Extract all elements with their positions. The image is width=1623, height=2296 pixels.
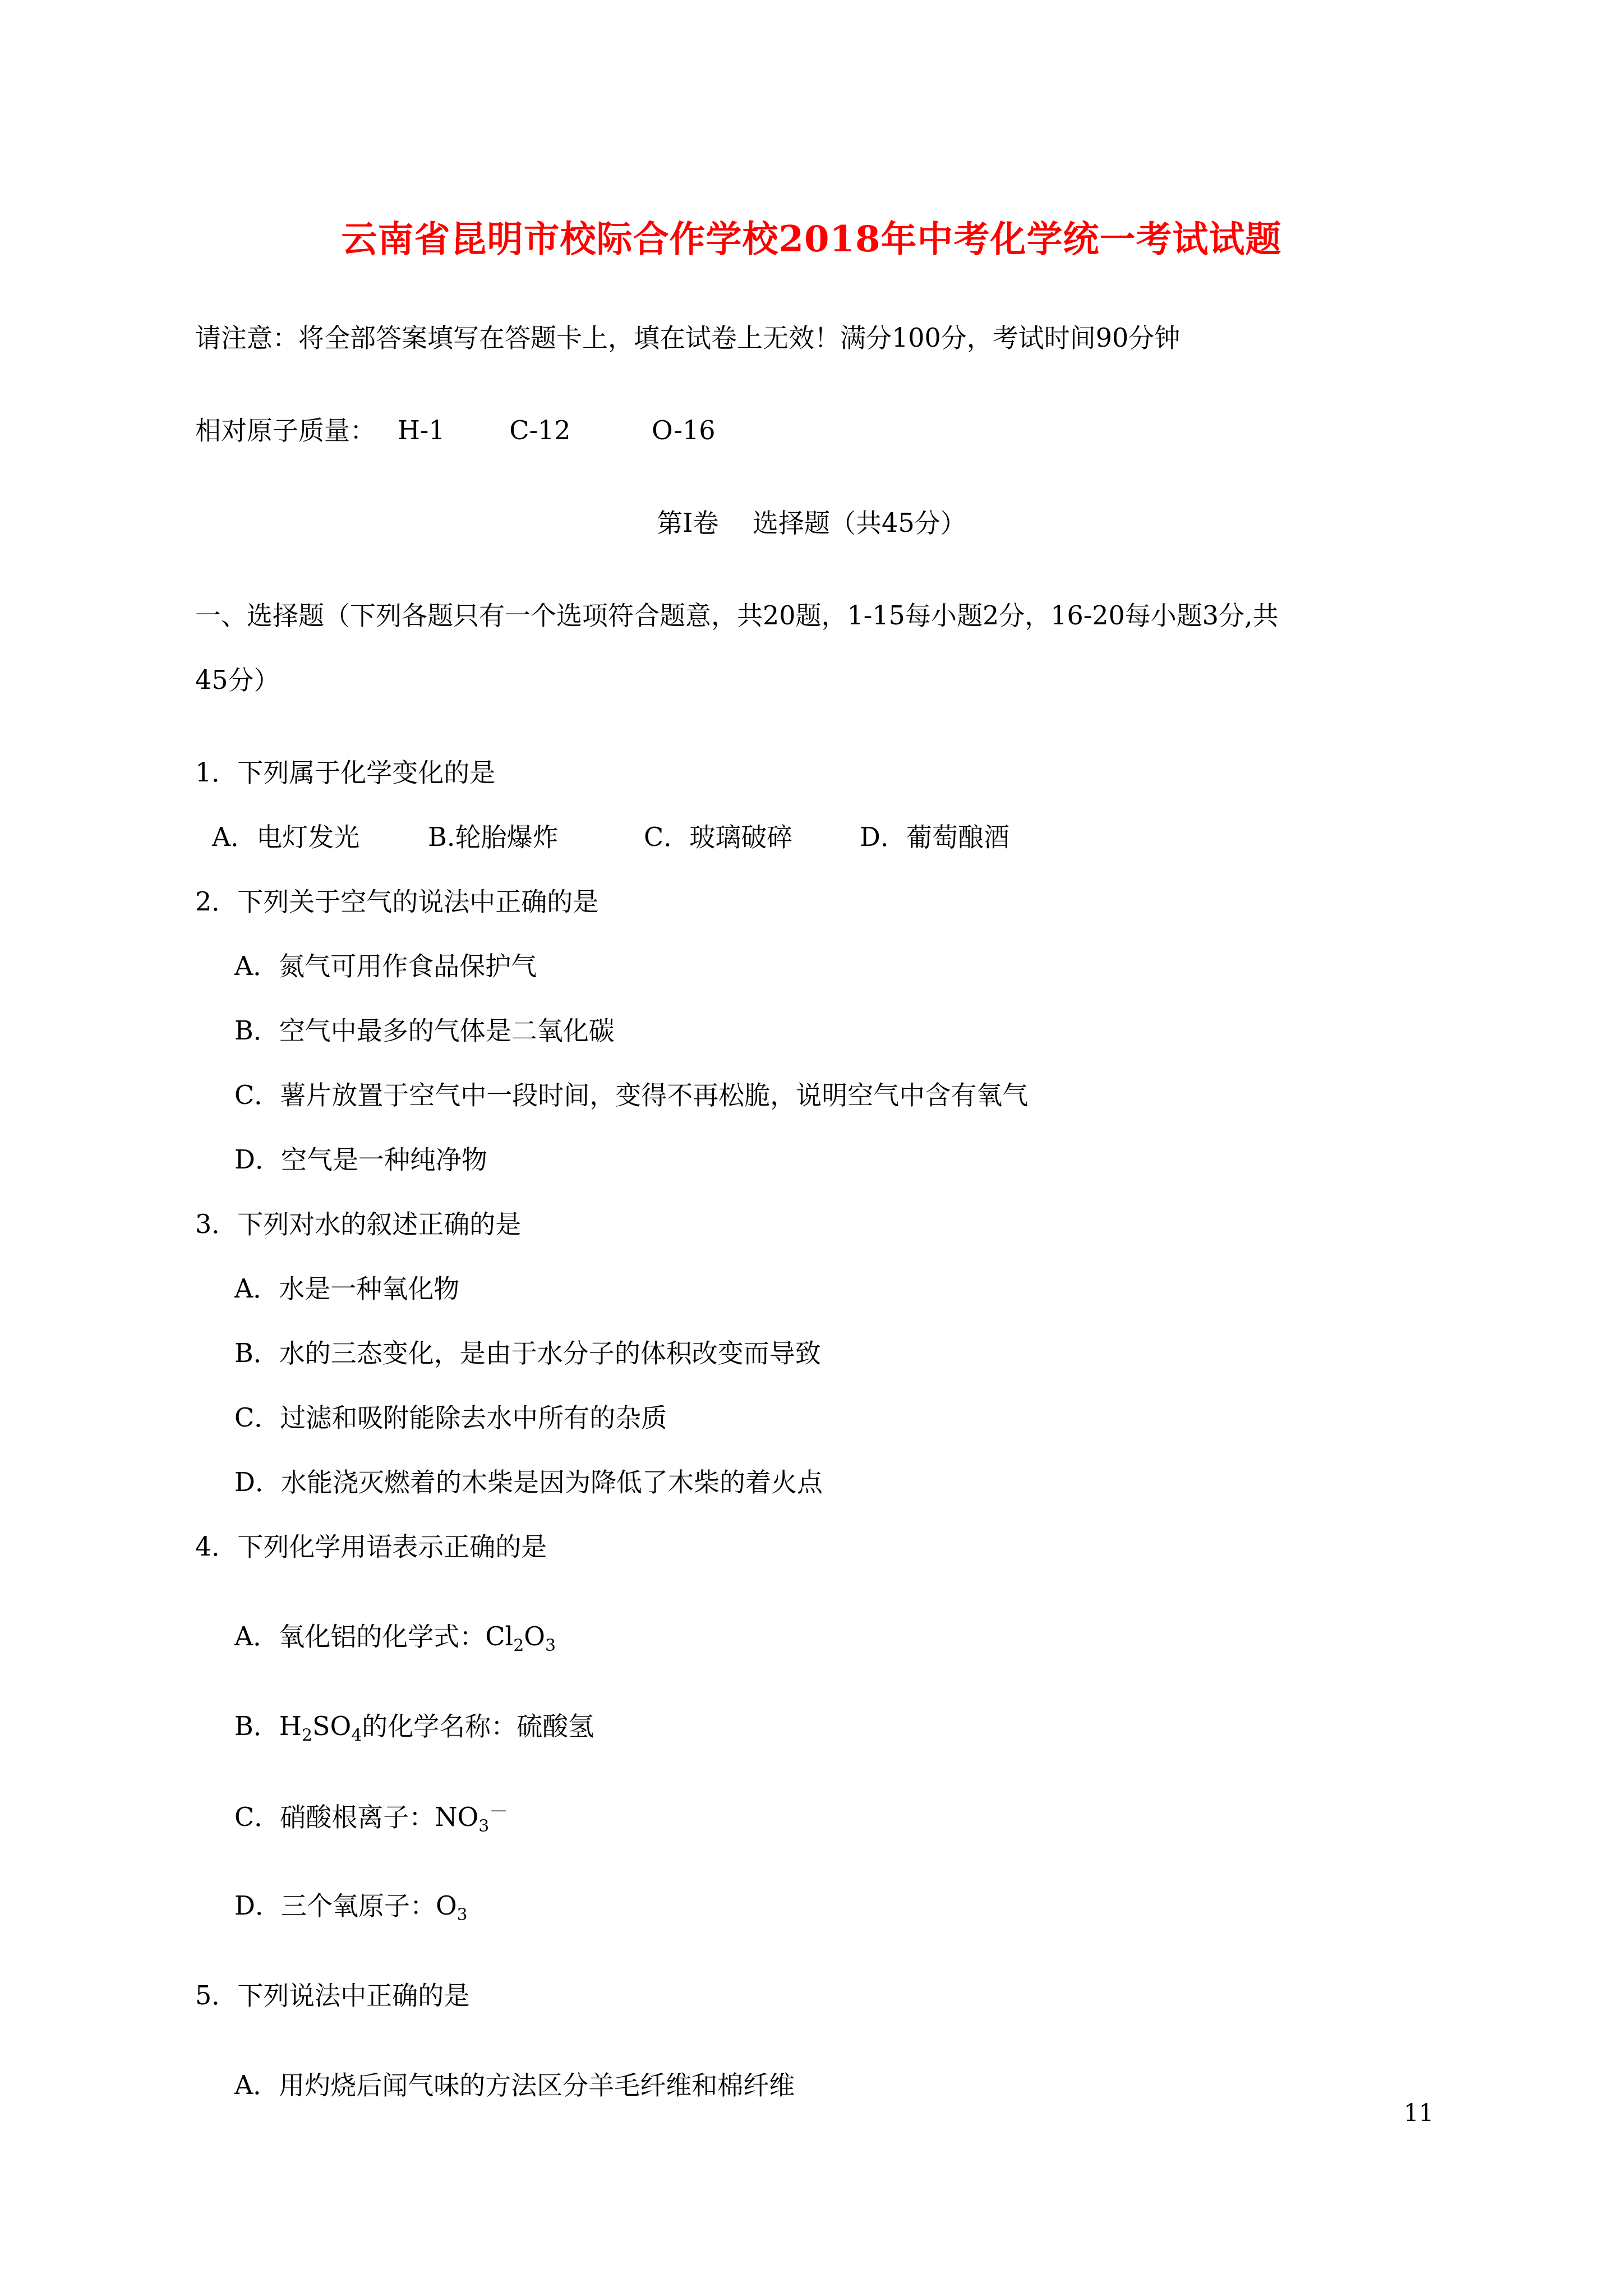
atomic-mass-label: 相对原子质量： (195, 415, 376, 445)
question-1-stem: 1．下列属于化学变化的是 (195, 757, 495, 788)
q3-option-c: C．过滤和吸附能除去水中所有的杂质 (234, 1402, 667, 1433)
atomic-mass-c: C-12 (509, 415, 570, 445)
question-3-stem: 3．下列对水的叙述正确的是 (195, 1209, 521, 1240)
part-instructions-line2: 45分） (195, 665, 280, 696)
exam-title: 云南省昆明市校际合作学校2018年中考化学统一考试试题 (0, 210, 1623, 262)
section-title: 第Ⅰ卷 选择题（共45分） (0, 508, 1623, 539)
q5-option-a: A．用灼烧后闻气味的方法区分羊毛纤维和棉纤维 (234, 2070, 795, 2101)
atomic-mass-line: 相对原子质量： H-1 C-12 O-16 (195, 415, 716, 446)
exam-notice: 请注意：将全部答案填写在答题卡上，填在试卷上无效！满分100分，考试时间90分钟 (195, 323, 1180, 353)
page-number: 11 (1404, 2099, 1433, 2127)
q2-option-c: C．薯片放置于空气中一段时间，变得不再松脆，说明空气中含有氧气 (234, 1080, 1028, 1111)
q3-option-d: D．水能浇灭燃着的木柴是因为降低了木柴的着火点 (234, 1467, 823, 1498)
atomic-mass-o: O-16 (652, 415, 715, 445)
q1-option-a: A．电灯发光 (212, 822, 428, 853)
q1-option-b: B.轮胎爆炸 (428, 822, 644, 853)
question-2-stem: 2．下列关于空气的说法中正确的是 (195, 886, 598, 917)
q2-option-b: B．空气中最多的气体是二氧化碳 (234, 1015, 615, 1046)
q4-option-c: C．硝酸根离子：NO3－ (234, 1801, 508, 1837)
atomic-mass-h: H-1 (398, 415, 445, 445)
q3-option-a: A．水是一种氧化物 (234, 1273, 459, 1304)
question-4-stem: 4．下列化学用语表示正确的是 (195, 1531, 547, 1562)
q1-option-d: D．葡萄酿酒 (860, 822, 1009, 853)
q2-option-d: D．空气是一种纯净物 (234, 1144, 487, 1175)
question-5-stem: 5．下列说法中正确的是 (195, 1980, 469, 2011)
q4-option-b: B．H2SO4的化学名称：硫酸氢 (234, 1711, 594, 1746)
part-instructions-line1: 一、选择题（下列各题只有一个选项符合题意，共20题，1-15每小题2分，16-2… (195, 600, 1279, 631)
q1-option-c: C．玻璃破碎 (644, 822, 860, 853)
q4-option-d: D．三个氧原子：O3 (234, 1890, 468, 1925)
q4-option-a: A．氧化铝的化学式：Cl2O3 (234, 1621, 556, 1656)
question-1-options: A．电灯发光 B.轮胎爆炸 C．玻璃破碎 D．葡萄酿酒 (212, 822, 1009, 853)
q2-option-a: A．氮气可用作食品保护气 (234, 951, 537, 982)
q3-option-b: B．水的三态变化，是由于水分子的体积改变而导致 (234, 1338, 821, 1369)
